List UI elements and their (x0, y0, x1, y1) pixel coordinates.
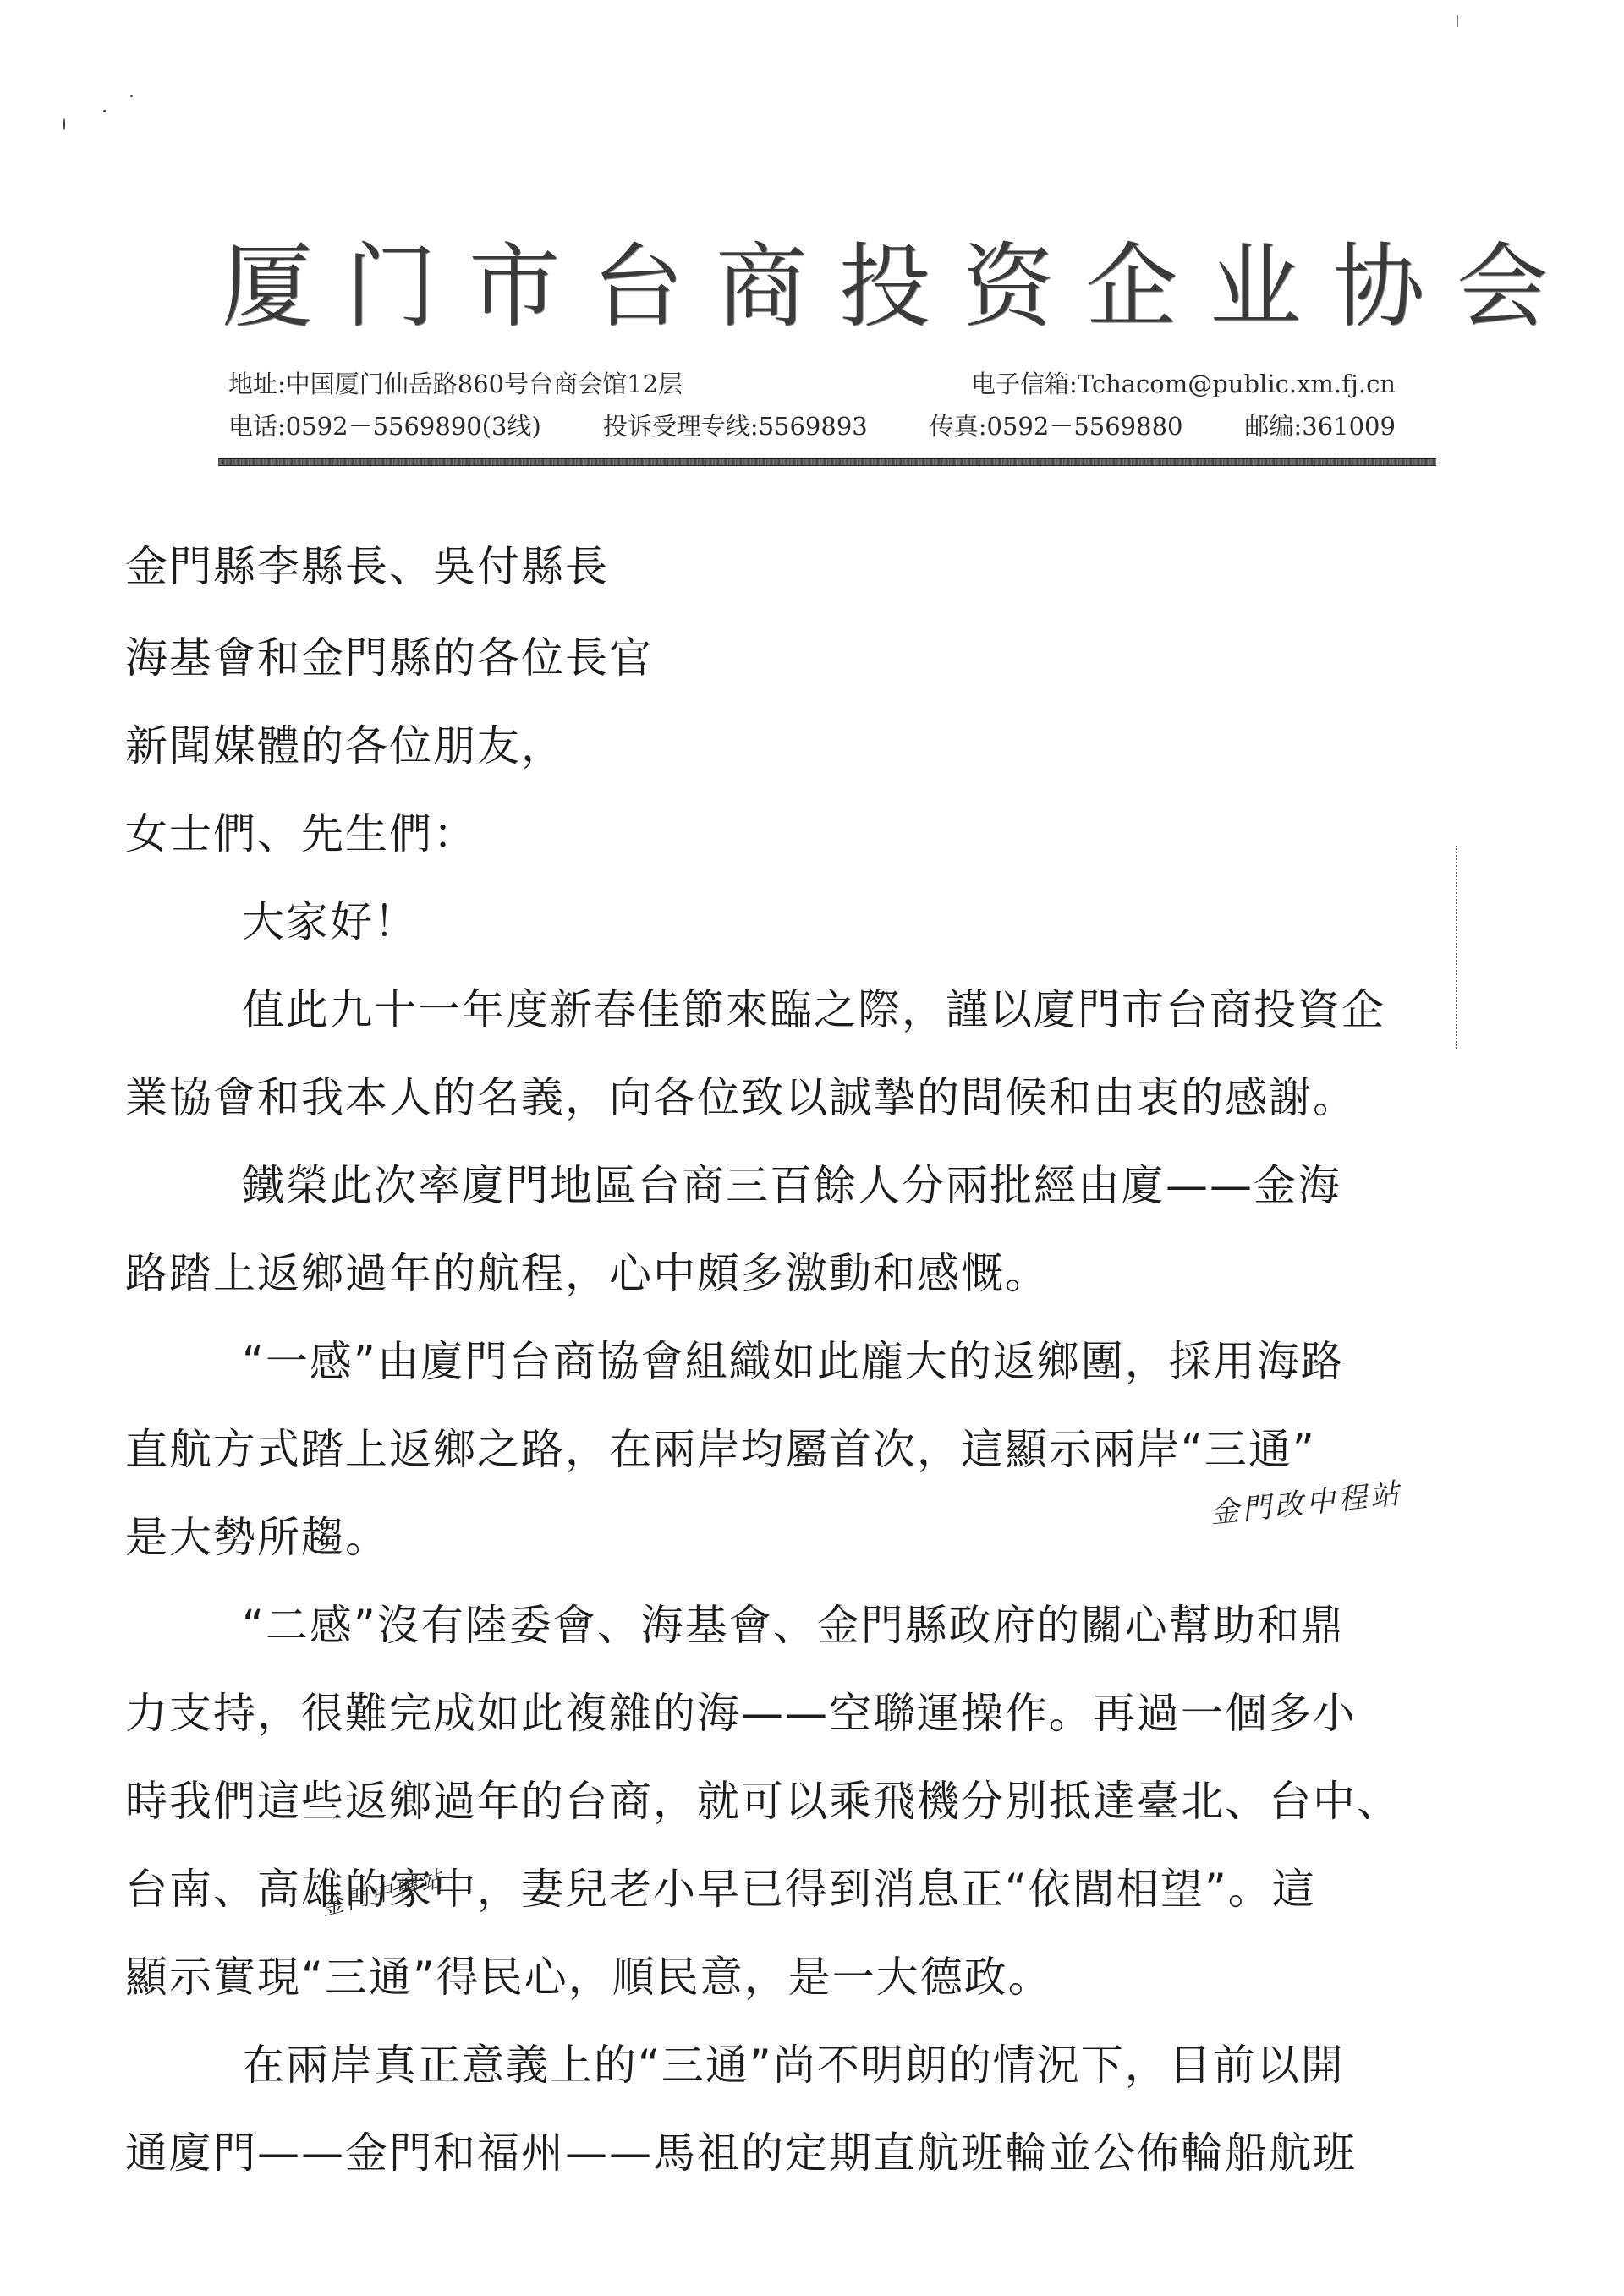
body-line: 在兩岸真正意義上的“三通”尚不明朗的情況下，目前以開 (242, 2031, 1345, 2092)
body-line: 業協會和我本人的名義，向各位致以誠摯的問候和由衷的感謝。 (125, 1064, 1357, 1125)
body-line: 值此九十一年度新春佳節來臨之際，謹以廈門市台商投資企 (242, 976, 1385, 1037)
salutation-line: 女士們、先生們： (125, 800, 477, 861)
body-line: 力支持，很難完成如此複雜的海——空聯運操作。再過一個多小 (125, 1680, 1357, 1740)
salutation-line: 海基會和金門縣的各位長官 (125, 624, 653, 685)
scan-artifact-dotted-line (1456, 846, 1457, 1049)
body-line: “一感”由廈門台商協會組織如此龐大的返鄉團，採用海路 (242, 1328, 1345, 1389)
scan-speck (130, 95, 133, 97)
contact-row-address: 地址:中国厦门仙岳路860号台商会馆12层 电子信箱:Tchacom@publi… (228, 365, 1396, 400)
body-line: 鐵榮此次率廈門地區台商三百餘人分兩批經由廈——金海 (242, 1152, 1341, 1213)
body-line: 通廈門——金門和福州——馬祖的定期直航班輪並公佈輪船航班 (125, 2119, 1357, 2180)
salutation-line: 新聞媒體的各位朋友， (125, 712, 565, 773)
letterhead-divider (218, 458, 1436, 466)
complaint-line-text: 投诉受理专线:5569893 (603, 408, 868, 442)
fax-text: 传真:0592－5569880 (930, 408, 1183, 442)
phone-text: 电话:0592－5569890(3线) (228, 408, 541, 442)
scan-speck (63, 118, 65, 130)
body-line: 台南、高雄的家中，妻兒老小早已得到消息正“依閭相望”。這 (125, 1855, 1316, 1916)
body-line: 顯示實現“三通”得民心，順民意，是一大德政。 (125, 1943, 1052, 2004)
scanned-letter-page: 厦门市台商投资企业协会 地址:中国厦门仙岳路860号台商会馆12层 电子信箱:T… (0, 0, 1624, 2296)
body-line: 是大勢所趨。 (125, 1504, 389, 1564)
postcode-text: 邮编:361009 (1244, 408, 1395, 442)
email-text: 电子信箱:Tchacom@public.xm.fj.cn (971, 365, 1396, 400)
body-line: “二感”沒有陸委會、海基會、金門縣政府的關心幫助和鼎 (242, 1592, 1345, 1652)
scan-speck (103, 110, 106, 112)
scan-artifact-mark (1457, 15, 1458, 27)
body-line: 時我們這些返鄉過年的台商，就可以乘飛機分別抵達臺北、台中、 (125, 1767, 1401, 1828)
address-text: 地址:中国厦门仙岳路860号台商会馆12层 (228, 365, 683, 400)
body-line: 路踏上返鄉過年的航程，心中頗多激動和感慨。 (125, 1240, 1049, 1301)
organization-name: 厦门市台商投资企业协会 (222, 237, 1423, 338)
salutation-line: 金門縣李縣長、吳付縣長 (125, 533, 609, 594)
handwritten-annotation: 金門改中程站 (1208, 1470, 1404, 1532)
contact-row-phones: 电话:0592－5569890(3线) 投诉受理专线:5569893 传真:05… (228, 408, 1396, 442)
body-line: 大家好！ (242, 888, 418, 949)
body-line: 直航方式踏上返鄉之路，在兩岸均屬首次，這顯示兩岸“三通” (125, 1416, 1316, 1477)
